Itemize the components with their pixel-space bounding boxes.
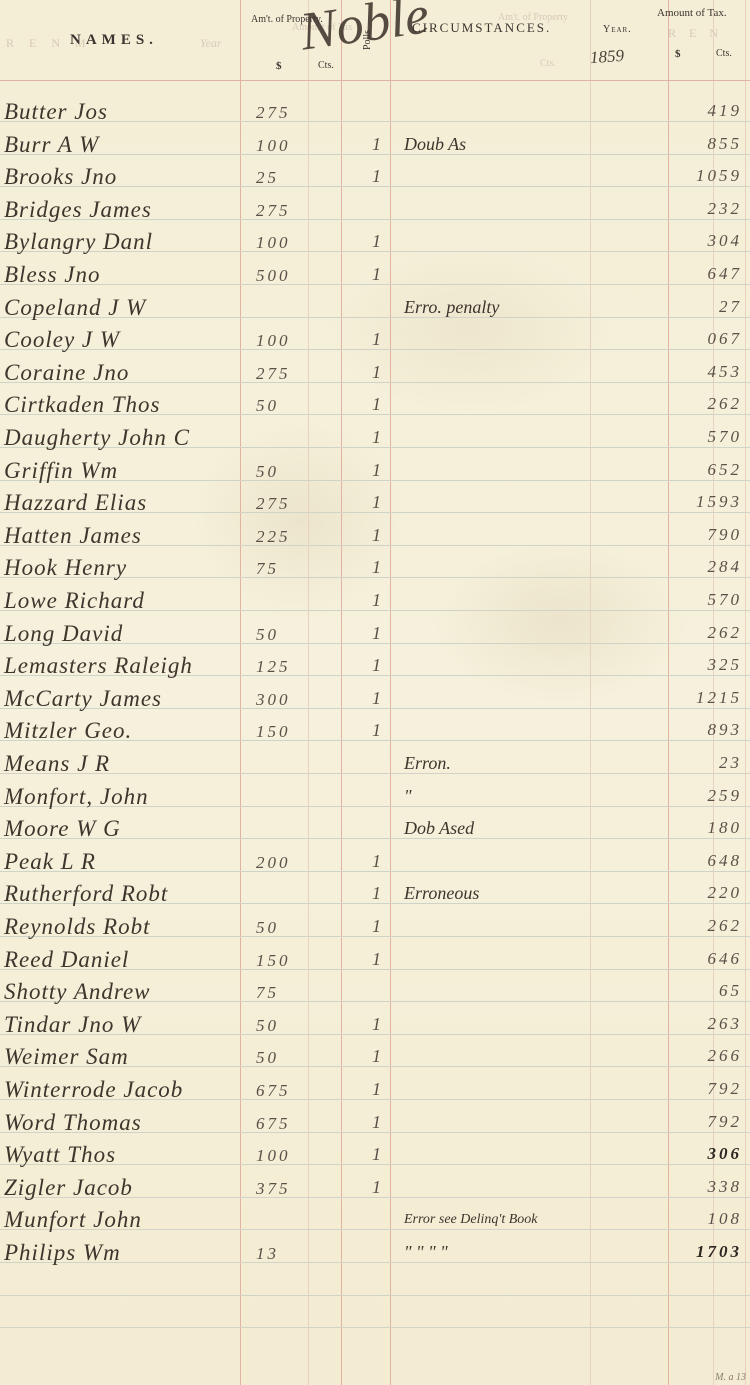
row-tax: 570 [708, 427, 743, 447]
table-row: Hazzard Elias 275 1 1593 [0, 488, 750, 520]
table-row: Munfort John Error see Delinq't Book 108 [0, 1205, 750, 1237]
row-tax: 790 [708, 525, 743, 545]
row-name: Lemasters Raleigh [4, 653, 193, 679]
table-row: Daugherty John C 1 570 [0, 423, 750, 455]
row-polls: 1 [372, 134, 381, 155]
row-tax: 263 [708, 1014, 743, 1034]
row-property: 75 [256, 983, 318, 1003]
table-row: Bless Jno 500 1 647 [0, 260, 750, 292]
row-polls: 1 [372, 492, 381, 513]
row-polls: 1 [372, 231, 381, 252]
row-polls: 1 [372, 166, 381, 187]
table-row: Reynolds Robt 50 1 262 [0, 912, 750, 944]
header-property-cents: Cts. [318, 60, 334, 71]
row-tax: 893 [708, 720, 743, 740]
row-circumstances: Doub As [404, 134, 466, 155]
row-polls: 1 [372, 1079, 381, 1100]
row-name: Reed Daniel [4, 947, 129, 973]
row-circumstances: " [404, 786, 412, 807]
row-name: Brooks Jno [4, 164, 117, 190]
row-polls: 1 [372, 916, 381, 937]
row-property: 125 [256, 657, 318, 677]
header-tax-dollars: $ [675, 48, 681, 60]
row-name: Means J R [4, 751, 110, 777]
row-polls: 1 [372, 427, 381, 448]
row-polls: 1 [372, 460, 381, 481]
row-property: 75 [256, 559, 318, 579]
table-row: Moore W G Dob Ased 180 [0, 814, 750, 846]
row-tax: 648 [708, 851, 743, 871]
table-row: Hook Henry 75 1 284 [0, 553, 750, 585]
row-tax: 262 [708, 394, 743, 414]
table-row: Cirtkaden Thos 50 1 262 [0, 390, 750, 422]
row-property: 200 [256, 853, 318, 873]
row-name: Wyatt Thos [4, 1142, 116, 1168]
row-name: Daugherty John C [4, 425, 190, 451]
row-name: Peak L R [4, 849, 96, 875]
row-tax: 284 [708, 557, 743, 577]
row-tax: 108 [708, 1209, 743, 1229]
row-property: 100 [256, 1146, 318, 1166]
row-property: 275 [256, 494, 318, 514]
row-name: Shotty Andrew [4, 979, 151, 1005]
row-polls: 1 [372, 1046, 381, 1067]
row-name: Butter Jos [4, 99, 108, 125]
table-row: Bylangry Danl 100 1 304 [0, 227, 750, 259]
table-row: Mitzler Geo. 150 1 893 [0, 716, 750, 748]
row-name: Monfort, John [4, 784, 149, 810]
ruled-line [0, 1327, 750, 1328]
table-row: Peak L R 200 1 648 [0, 847, 750, 879]
row-polls: 1 [372, 623, 381, 644]
row-polls: 1 [372, 394, 381, 415]
row-name: Coraine Jno [4, 360, 129, 386]
row-tax: 306 [708, 1144, 743, 1164]
row-name: Lowe Richard [4, 588, 145, 614]
handwritten-signature: Noble [296, 0, 432, 63]
row-tax: 570 [708, 590, 743, 610]
row-polls: 1 [372, 264, 381, 285]
row-polls: 1 [372, 883, 381, 904]
row-polls: 1 [372, 525, 381, 546]
row-property: 375 [256, 1179, 318, 1199]
row-polls: 1 [372, 590, 381, 611]
header-property-dollars: $ [276, 60, 282, 72]
row-tax: 419 [708, 101, 743, 121]
row-tax: 1215 [696, 688, 742, 708]
row-polls: 1 [372, 1144, 381, 1165]
row-tax: 266 [708, 1046, 743, 1066]
ledger-page: R E N M Amount of Tax Year Am't. of Prop… [0, 0, 750, 1385]
row-polls: 1 [372, 655, 381, 676]
table-row: Long David 50 1 262 [0, 619, 750, 651]
row-property: 50 [256, 396, 318, 416]
row-property: 275 [256, 201, 318, 221]
row-polls: 1 [372, 557, 381, 578]
row-tax: 1593 [696, 492, 742, 512]
row-property: 675 [256, 1081, 318, 1101]
row-tax: 232 [708, 199, 743, 219]
row-polls: 1 [372, 851, 381, 872]
row-tax: 647 [708, 264, 743, 284]
row-tax: 646 [708, 949, 743, 969]
row-circumstances: Erroneous [404, 883, 479, 904]
row-name: Philips Wm [4, 1240, 121, 1266]
row-tax: 23 [719, 753, 742, 773]
row-name: McCarty James [4, 686, 162, 712]
row-name: Munfort John [4, 1207, 142, 1233]
table-row: Lemasters Raleigh 125 1 325 [0, 651, 750, 683]
row-name: Word Thomas [4, 1110, 142, 1136]
table-row: Tindar Jno W 50 1 263 [0, 1010, 750, 1042]
row-tax: 1059 [696, 166, 742, 186]
row-property: 100 [256, 331, 318, 351]
table-row: Reed Daniel 150 1 646 [0, 945, 750, 977]
row-name: Hazzard Elias [4, 490, 147, 516]
table-row: Word Thomas 675 1 792 [0, 1108, 750, 1140]
row-polls: 1 [372, 1177, 381, 1198]
header-names: NAMES. [70, 32, 158, 49]
row-name: Hatten James [4, 523, 142, 549]
row-name: Cirtkaden Thos [4, 392, 160, 418]
row-name: Weimer Sam [4, 1044, 129, 1070]
row-tax: 067 [708, 329, 743, 349]
row-property: 13 [256, 1244, 318, 1264]
header-tax-cents: Cts. [716, 48, 732, 59]
row-tax: 652 [708, 460, 743, 480]
row-name: Winterrode Jacob [4, 1077, 183, 1103]
table-row: Brooks Jno 25 1 1059 [0, 162, 750, 194]
row-name: Bridges James [4, 197, 152, 223]
row-name: Hook Henry [4, 555, 127, 581]
row-tax: 792 [708, 1079, 743, 1099]
row-polls: 1 [372, 720, 381, 741]
row-tax: 220 [708, 883, 743, 903]
row-tax: 180 [708, 818, 743, 838]
table-row: Bridges James 275 232 [0, 195, 750, 227]
ghost-header-year: Year [200, 36, 222, 51]
header-year: Year. [603, 24, 632, 35]
row-name: Griffin Wm [4, 458, 118, 484]
ghost-header-right: R E N [668, 26, 723, 41]
row-property: 100 [256, 136, 318, 156]
table-row: Burr A W 100 1 Doub As 855 [0, 130, 750, 162]
row-tax: 259 [708, 786, 743, 806]
row-circumstances: Error see Delinq't Book [404, 1212, 538, 1228]
table-row: Weimer Sam 50 1 266 [0, 1042, 750, 1074]
row-tax: 325 [708, 655, 743, 675]
table-row: Griffin Wm 50 1 652 [0, 456, 750, 488]
row-property: 675 [256, 1114, 318, 1134]
row-tax: 65 [719, 981, 742, 1001]
row-name: Burr A W [4, 132, 99, 158]
row-property: 500 [256, 266, 318, 286]
row-circumstances: " " " " [404, 1242, 448, 1263]
row-property: 50 [256, 1016, 318, 1036]
row-tax: 792 [708, 1112, 743, 1132]
row-property: 50 [256, 462, 318, 482]
header-amount-of-tax: Amount of Tax. [657, 7, 727, 19]
row-tax: 304 [708, 231, 743, 251]
row-property: 50 [256, 1048, 318, 1068]
row-property: 25 [256, 168, 318, 188]
header-rule [0, 80, 750, 81]
footer-note: M. a 13 [715, 1372, 746, 1383]
table-row: McCarty James 300 1 1215 [0, 684, 750, 716]
row-name: Reynolds Robt [4, 914, 151, 940]
table-row: Shotty Andrew 75 65 [0, 977, 750, 1009]
row-property: 150 [256, 951, 318, 971]
table-row: Monfort, John " 259 [0, 782, 750, 814]
row-property: 275 [256, 103, 318, 123]
table-row: Rutherford Robt 1 Erroneous 220 [0, 879, 750, 911]
table-row: Coraine Jno 275 1 453 [0, 358, 750, 390]
row-circumstances: Erron. [404, 753, 451, 774]
row-name: Moore W G [4, 816, 121, 842]
table-row: Zigler Jacob 375 1 338 [0, 1173, 750, 1205]
row-tax: 262 [708, 623, 743, 643]
table-row: Means J R Erron. 23 [0, 749, 750, 781]
table-row: Philips Wm 13 " " " " 1703 [0, 1238, 750, 1270]
row-property: 50 [256, 625, 318, 645]
row-circumstances: Erro. penalty [404, 297, 499, 318]
table-row: Hatten James 225 1 790 [0, 521, 750, 553]
row-name: Copeland J W [4, 295, 146, 321]
row-polls: 1 [372, 362, 381, 383]
year-value: 1859 [589, 46, 624, 68]
table-row: Wyatt Thos 100 1 306 [0, 1140, 750, 1172]
row-tax: 855 [708, 134, 743, 154]
table-row: Winterrode Jacob 675 1 792 [0, 1075, 750, 1107]
row-name: Rutherford Robt [4, 881, 168, 907]
row-polls: 1 [372, 1112, 381, 1133]
row-name: Bylangry Danl [4, 229, 153, 255]
row-tax: 1703 [696, 1242, 742, 1262]
row-property: 275 [256, 364, 318, 384]
row-name: Bless Jno [4, 262, 101, 288]
row-name: Long David [4, 621, 123, 647]
row-property: 100 [256, 233, 318, 253]
row-tax: 453 [708, 362, 743, 382]
row-name: Mitzler Geo. [4, 718, 132, 744]
row-circumstances: Dob Ased [404, 818, 474, 839]
row-tax: 27 [719, 297, 742, 317]
row-tax: 262 [708, 916, 743, 936]
table-row: Copeland J W Erro. penalty 27 [0, 293, 750, 325]
row-tax: 338 [708, 1177, 743, 1197]
row-property: 50 [256, 918, 318, 938]
table-row: Butter Jos 275 419 [0, 97, 750, 129]
row-property: 225 [256, 527, 318, 547]
row-polls: 1 [372, 688, 381, 709]
ruled-line [0, 1295, 750, 1296]
row-property: 150 [256, 722, 318, 742]
row-name: Tindar Jno W [4, 1012, 141, 1038]
row-name: Zigler Jacob [4, 1175, 133, 1201]
header-circumstances: CIRCUMSTANCES. [412, 20, 551, 36]
table-row: Lowe Richard 1 570 [0, 586, 750, 618]
row-polls: 1 [372, 1014, 381, 1035]
ghost-header-cts: Cts. [540, 58, 556, 69]
row-property: 300 [256, 690, 318, 710]
row-name: Cooley J W [4, 327, 120, 353]
row-polls: 1 [372, 949, 381, 970]
row-polls: 1 [372, 329, 381, 350]
table-row: Cooley J W 100 1 067 [0, 325, 750, 357]
